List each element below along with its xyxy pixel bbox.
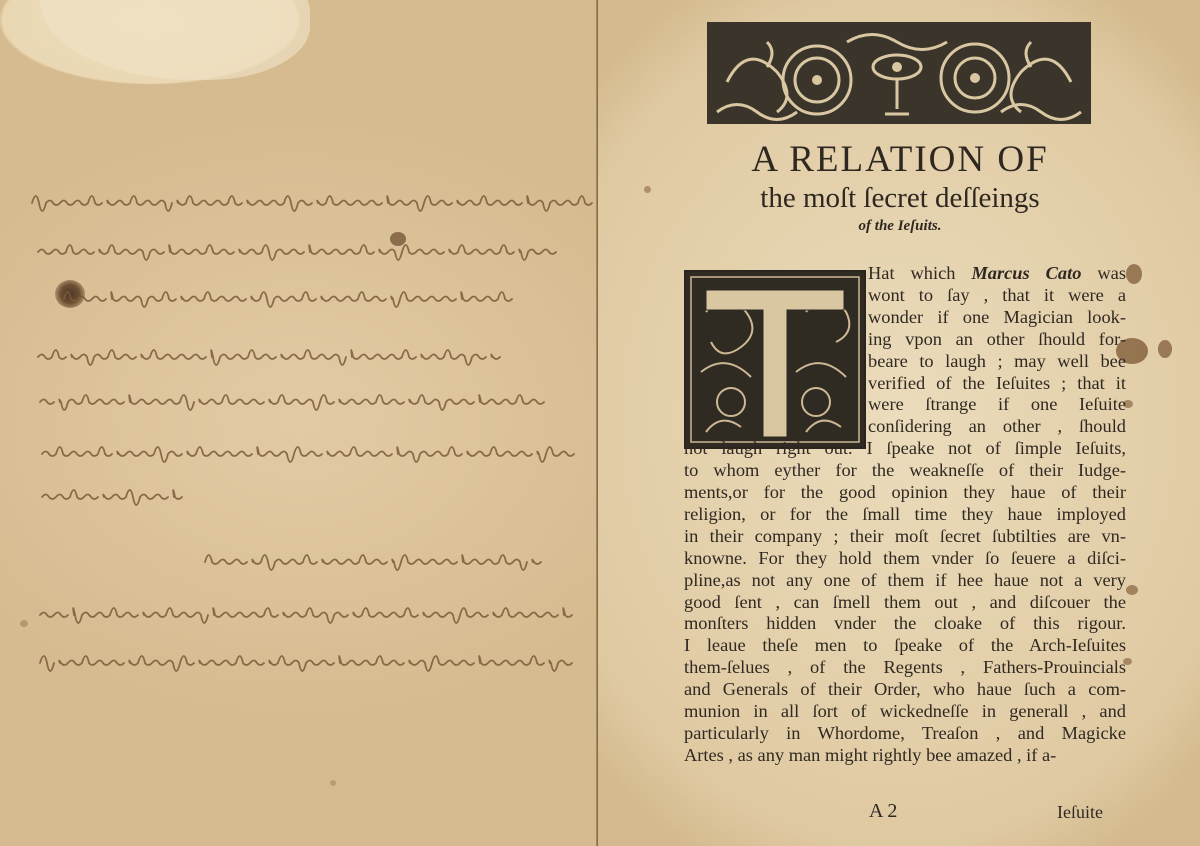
manuscript-line: [illegible manuscript line 2]: [38, 235, 558, 269]
handwriting-ink-icon: [38, 339, 508, 375]
body-line: Artes , as any man might rightly bee ama…: [684, 745, 1126, 766]
manuscript-line-text: [illegible manuscript line 7]: [42, 497, 56, 498]
body-line: wonder if one Magician look-: [868, 307, 1126, 328]
water-stain: [40, 0, 310, 80]
manuscript-line: [illegible manuscript line 3]: [64, 282, 514, 316]
body-line: ments,or for the good opinion they haue …: [684, 482, 1126, 503]
woodcut-ornament-icon: [707, 22, 1091, 124]
body-line: verified of the Ieſuites ; that it: [868, 373, 1126, 394]
title-line-3: of the Ieſuits.: [600, 216, 1200, 236]
body-line: ing vpon an other ſhould for-: [868, 329, 1126, 350]
book-spread: [illegible manuscript line 1][illegible …: [0, 0, 1200, 846]
handwriting-ink-icon: [40, 597, 580, 633]
body-line: monſters hidden vnder the cloake of this…: [684, 613, 1126, 634]
foxing-spot: [1126, 264, 1142, 284]
manuscript-line-text: [illegible manuscript line 2]: [38, 252, 52, 253]
body-line: knowne. For they hold them vnder ſo ſeue…: [684, 548, 1126, 569]
foxing-spot: [1158, 340, 1172, 358]
manuscript-line: [illegible manuscript line 5]: [40, 385, 550, 419]
body-line: in their company ; their moſt ſecret ſub…: [684, 526, 1126, 547]
manuscript-line-text: [illegible manuscript line 4]: [38, 357, 52, 358]
manuscript-line: [illegible manuscript line 1]: [32, 186, 592, 220]
body-line: wont to ſay , that it were a: [868, 285, 1126, 306]
body-line: not laugh right out. I ſpeake not of ſim…: [684, 438, 1126, 459]
handwriting-ink-icon: [32, 185, 592, 221]
manuscript-line: [illegible manuscript line 4]: [38, 340, 508, 374]
body-line: were ſtrange if one Ieſuite: [868, 394, 1126, 415]
body-line: good ſent , can ſmell them out , and diſ…: [684, 592, 1126, 613]
handwriting-ink-icon: [42, 436, 582, 472]
manuscript-line-text: [illegible manuscript line 3]: [64, 299, 78, 300]
body-line: religion, or for the ſmall time they hau…: [684, 504, 1126, 525]
body-line: I leaue theſe men to ſpeake of the Arch-…: [684, 635, 1126, 656]
left-page-manuscript: [illegible manuscript line 1][illegible …: [0, 0, 598, 846]
handwriting-ink-icon: [64, 281, 514, 317]
manuscript-line: [illegible manuscript line 7]: [42, 480, 192, 514]
manuscript-line-text: [illegible manuscript line 5]: [40, 402, 54, 403]
manuscript-line: [illegible manuscript line 9]: [40, 598, 580, 632]
body-line: beare to laugh ; may well bee: [868, 351, 1126, 372]
ornamental-headpiece: [707, 22, 1091, 124]
italic-name: Marcus Cato: [971, 263, 1081, 283]
manuscript-line-text: [illegible manuscript line 10]: [40, 663, 55, 664]
body-line: conſidering an other , ſhould: [868, 416, 1126, 437]
foxing-spot: [20, 620, 28, 627]
body-line: and Generals of their Order, who haue ſu…: [684, 679, 1126, 700]
foxing-spot: [330, 780, 336, 786]
manuscript-line: [illegible manuscript line 10]: [40, 646, 580, 680]
title-line-1: A RELATION OF: [600, 140, 1200, 180]
body-text: Hat which: [868, 263, 971, 283]
floriated-initial-T: T: [684, 270, 866, 449]
manuscript-line-text: [illegible manuscript line 9]: [40, 615, 54, 616]
body-line: to whom eyther for the weakneſſe of thei…: [684, 460, 1126, 481]
handwriting-ink-icon: [40, 384, 550, 420]
body-text: was: [1081, 263, 1126, 283]
manuscript-line-text: Wm Shakspeare (signature, partially legi…: [205, 562, 228, 563]
manuscript-line-text: [illegible manuscript line 6]: [42, 454, 56, 455]
body-line: munion in all ſort of wickedneſſe in gen…: [684, 701, 1126, 722]
title-line-2: the moſt ſecret deſſeings: [600, 181, 1200, 215]
handwriting-ink-icon: [205, 544, 545, 580]
body-line: Hat which Marcus Cato was: [868, 263, 1126, 284]
handwriting-ink-icon: [40, 645, 580, 681]
manuscript-line: [illegible manuscript line 6]: [42, 437, 582, 471]
catchword: Ieſuite: [1057, 802, 1103, 823]
foxing-spot: [1126, 585, 1138, 595]
manuscript-line-text: [illegible manuscript line 1]: [32, 203, 46, 204]
handwriting-ink-icon: [38, 234, 558, 270]
manuscript-line: Wm Shakspeare (signature, partially legi…: [205, 545, 545, 579]
body-line: particularly in Whordome, Treaſon , and …: [684, 723, 1126, 744]
signature-mark: A 2: [869, 800, 897, 823]
handwriting-ink-icon: [42, 479, 192, 515]
body-line: them-ſelues , of the Regents , Fathers-P…: [684, 657, 1126, 678]
floriated-initial-icon: T: [686, 272, 864, 447]
body-line: pline,as not any one of them if hee haue…: [684, 570, 1126, 591]
